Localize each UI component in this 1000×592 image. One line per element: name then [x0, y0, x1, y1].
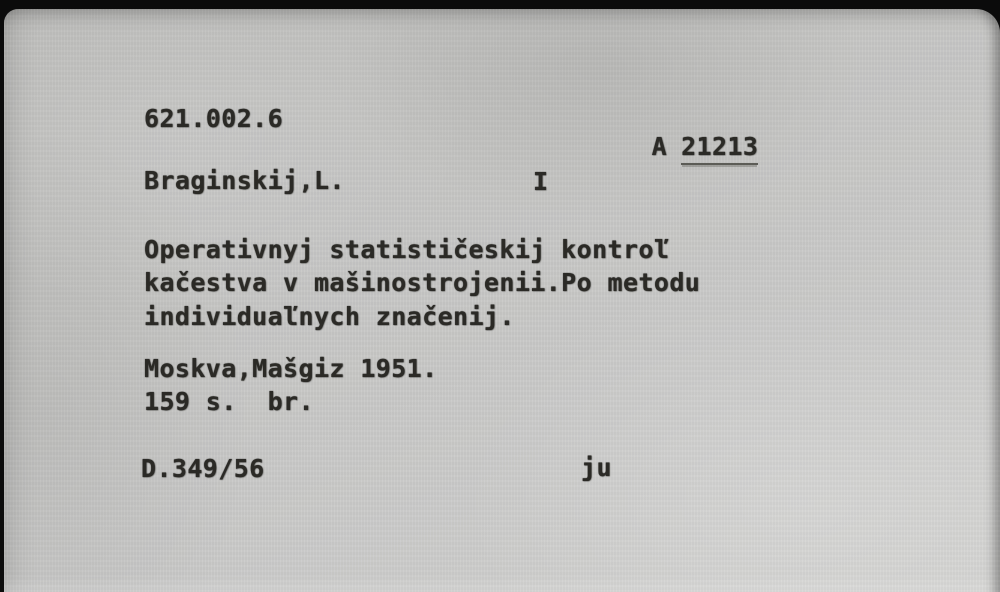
volume-numeral: I	[533, 167, 548, 196]
catalog-card: 621.002.6 A21213 Braginskij,L. I Operati…	[4, 9, 1000, 592]
title-line-1: Operativnyj statističeskij kontroľ	[144, 235, 669, 264]
cataloguer-initials: ju	[581, 453, 612, 482]
imprint-line: Moskva,Mašgiz 1951.	[144, 354, 438, 383]
classification-number: 621.002.6	[144, 104, 283, 133]
typewritten-text-layer: 621.002.6 A21213 Braginskij,L. I Operati…	[4, 9, 1000, 592]
collation-line: 159 s. br.	[144, 387, 314, 416]
shelfmark-number: 21213	[681, 132, 758, 165]
shelfmark: A21213	[528, 103, 758, 190]
accession-number: D.349/56	[141, 454, 265, 483]
shelfmark-prefix: A	[652, 132, 667, 161]
scanned-catalog-card-image: 621.002.6 A21213 Braginskij,L. I Operati…	[0, 0, 1000, 592]
title-line-3: individuaľnych značenij.	[144, 302, 515, 331]
title-line-2: kačestva v mašinostrojenii.Po metodu	[144, 268, 700, 297]
author-line: Braginskij,L.	[144, 166, 345, 195]
